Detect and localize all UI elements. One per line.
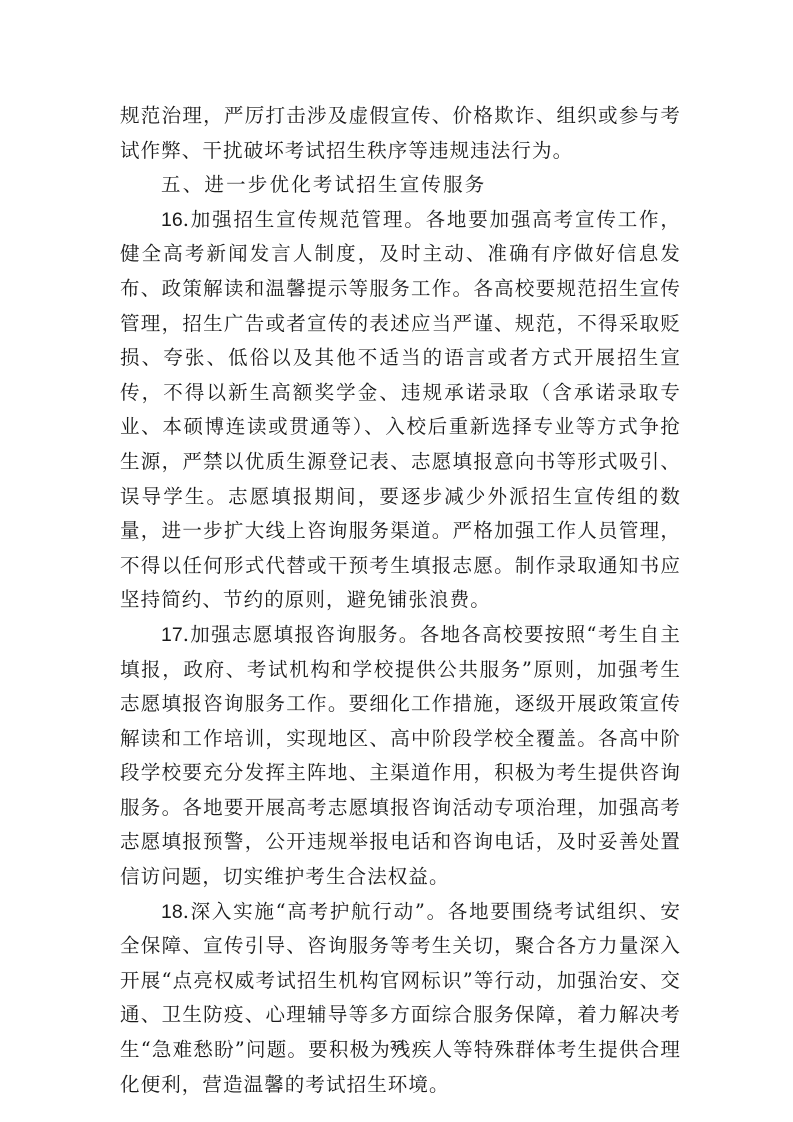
paragraph-item-16: 16.加强招生宣传规范管理。各地要加强高考宣传工作，健全高考新闻发言人制度，及时… <box>120 203 681 618</box>
paragraph-item-18: 18.深入实施“高考护航行动”。各地要围绕考试组织、安全保障、宣传引导、咨询服务… <box>120 895 681 1103</box>
paragraph-text: 规范治理，严厉打击涉及虚假宣传、价格欺诈、组织或参与考试作弊、干扰破坏考试招生秩… <box>120 104 681 162</box>
page-number: 33 <box>0 1038 793 1052</box>
paragraph-text: .深入实施“高考护航行动”。各地要围绕考试组织、安全保障、宣传引导、咨询服务等考… <box>120 900 681 1096</box>
paragraph-continuation: 规范治理，严厉打击涉及虚假宣传、价格欺诈、组织或参与考试作弊、干扰破坏考试招生秩… <box>120 99 681 168</box>
item-number: 17 <box>161 624 183 646</box>
item-number: 16 <box>161 209 183 231</box>
document-page: 规范治理，严厉打击涉及虚假宣传、价格欺诈、组织或参与考试作弊、干扰破坏考试招生秩… <box>120 99 681 1102</box>
paragraph-text: .加强志愿填报咨询服务。各地各高校要按照“考生自主填报，政府、考试机构和学校提供… <box>120 623 681 888</box>
section-heading-5: 五、进一步优化考试招生宣传服务 <box>120 168 681 203</box>
paragraph-item-17: 17.加强志愿填报咨询服务。各地各高校要按照“考生自主填报，政府、考试机构和学校… <box>120 618 681 895</box>
paragraph-text: .加强招生宣传规范管理。各地要加强高考宣传工作，健全高考新闻发言人制度，及时主动… <box>120 208 681 612</box>
item-number: 18 <box>161 901 183 923</box>
section-heading-text: 五、进一步优化考试招生宣传服务 <box>161 173 487 196</box>
